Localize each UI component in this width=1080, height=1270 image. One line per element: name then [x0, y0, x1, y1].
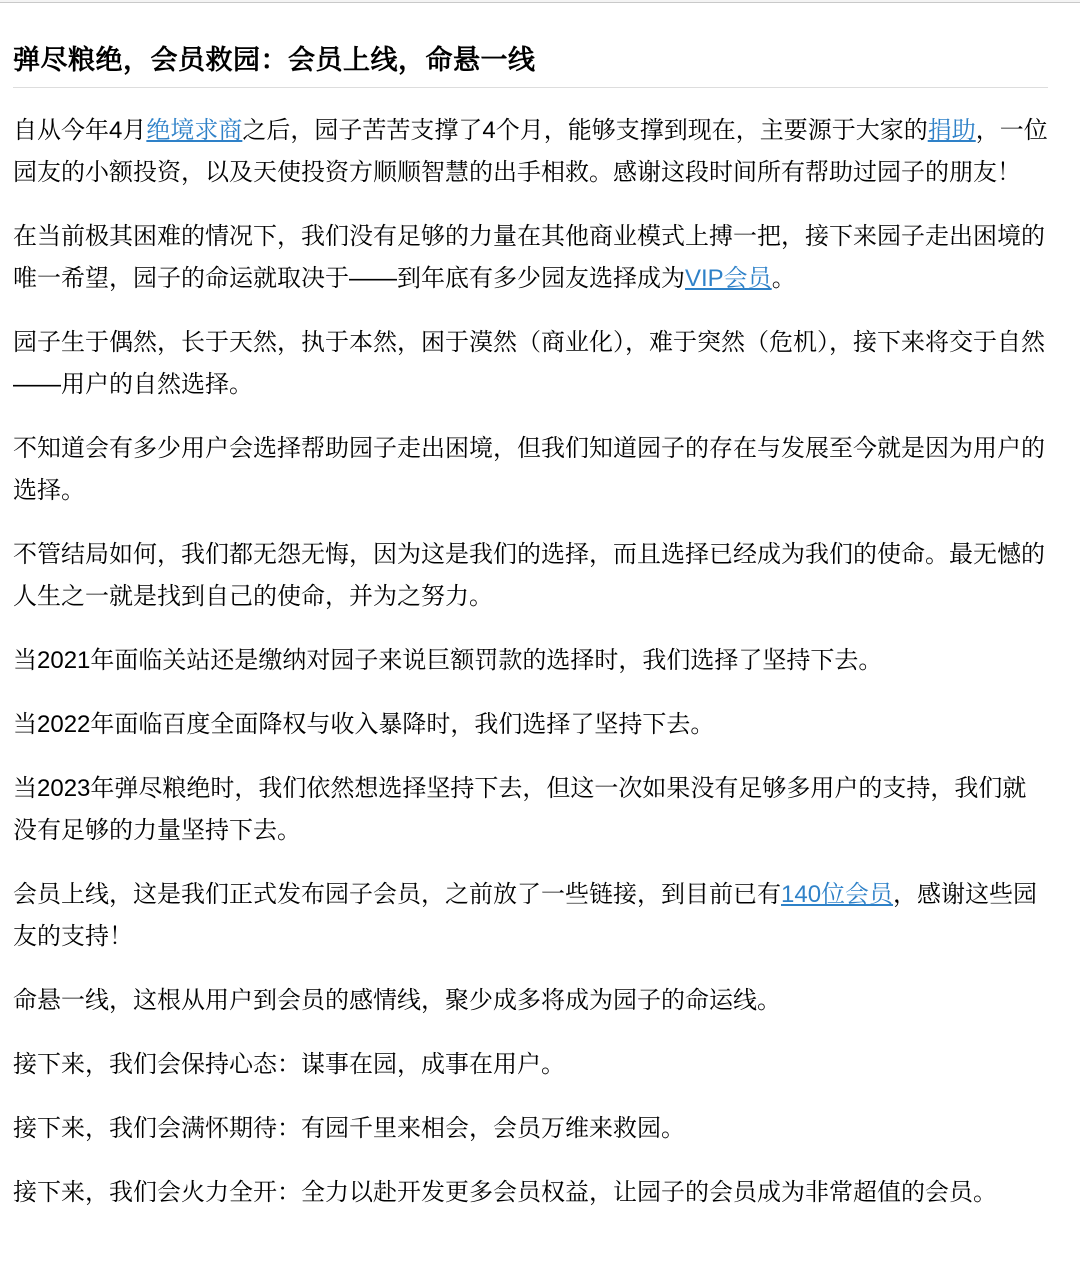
article-container: 弹尽粮绝，会员救园：会员上线，命悬一线 自从今年4月绝境求商之后，园子苦苦支撑了…	[0, 3, 1080, 1262]
paragraph: 自从今年4月绝境求商之后，园子苦苦支撑了4个月，能够支撑到现在，主要源于大家的捐…	[13, 110, 1048, 194]
text-run: 当2021年面临关站还是缴纳对园子来说巨额罚款的选择时，我们选择了坚持下去。	[13, 647, 882, 674]
text-run: 会员上线，这是我们正式发布园子会员，之前放了一些链接，到目前已有	[13, 881, 781, 908]
paragraph: 在当前极其困难的情况下，我们没有足够的力量在其他商业模式上搏一把，接下来园子走出…	[13, 216, 1048, 300]
text-run: 当2022年面临百度全面降权与收入暴降时，我们选择了坚持下去。	[13, 711, 714, 738]
paragraph: 命悬一线，这根从用户到会员的感情线，聚少成多将成为园子的命运线。	[13, 980, 1048, 1022]
paragraph: 接下来，我们会保持心态：谋事在园，成事在用户。	[13, 1044, 1048, 1086]
text-run: 接下来，我们会满怀期待：有园千里来相会，会员万维来救园。	[13, 1115, 685, 1142]
inline-link[interactable]: 140位会员	[781, 881, 893, 908]
text-run: 自从今年4月	[13, 117, 146, 144]
inline-link[interactable]: 绝境求商	[146, 117, 242, 144]
inline-link[interactable]: 捐助	[928, 117, 976, 144]
paragraph: 当2021年面临关站还是缴纳对园子来说巨额罚款的选择时，我们选择了坚持下去。	[13, 640, 1048, 682]
paragraph: 接下来，我们会满怀期待：有园千里来相会，会员万维来救园。	[13, 1108, 1048, 1150]
article-body: 自从今年4月绝境求商之后，园子苦苦支撑了4个月，能够支撑到现在，主要源于大家的捐…	[13, 110, 1048, 1214]
text-run: 之后，园子苦苦支撑了4个月，能够支撑到现在，主要源于大家的	[242, 117, 927, 144]
text-run: 在当前极其困难的情况下，我们没有足够的力量在其他商业模式上搏一把，接下来园子走出…	[13, 223, 1045, 292]
text-run: 接下来，我们会火力全开：全力以赴开发更多会员权益，让园子的会员成为非常超值的会员…	[13, 1179, 997, 1206]
paragraph: 园子生于偶然，长于天然，执于本然，困于漠然（商业化），难于突然（危机），接下来将…	[13, 322, 1048, 406]
paragraph: 接下来，我们会火力全开：全力以赴开发更多会员权益，让园子的会员成为非常超值的会员…	[13, 1172, 1048, 1214]
text-run: 接下来，我们会保持心态：谋事在园，成事在用户。	[13, 1051, 565, 1078]
paragraph: 当2023年弹尽粮绝时，我们依然想选择坚持下去，但这一次如果没有足够多用户的支持…	[13, 768, 1048, 852]
text-run: 不管结局如何，我们都无怨无悔，因为这是我们的选择，而且选择已经成为我们的使命。最…	[13, 541, 1045, 610]
text-run: 园子生于偶然，长于天然，执于本然，困于漠然（商业化），难于突然（危机），接下来将…	[13, 329, 1045, 398]
paragraph: 会员上线，这是我们正式发布园子会员，之前放了一些链接，到目前已有140位会员，感…	[13, 874, 1048, 958]
text-run: 命悬一线，这根从用户到会员的感情线，聚少成多将成为园子的命运线。	[13, 987, 781, 1014]
page-title: 弹尽粮绝，会员救园：会员上线，命悬一线	[13, 3, 1048, 88]
text-run: 不知道会有多少用户会选择帮助园子走出困境，但我们知道园子的存在与发展至今就是因为…	[13, 435, 1045, 504]
paragraph: 不知道会有多少用户会选择帮助园子走出困境，但我们知道园子的存在与发展至今就是因为…	[13, 428, 1048, 512]
paragraph: 不管结局如何，我们都无怨无悔，因为这是我们的选择，而且选择已经成为我们的使命。最…	[13, 534, 1048, 618]
text-run: 。	[772, 265, 796, 292]
paragraph: 当2022年面临百度全面降权与收入暴降时，我们选择了坚持下去。	[13, 704, 1048, 746]
text-run: 当2023年弹尽粮绝时，我们依然想选择坚持下去，但这一次如果没有足够多用户的支持…	[13, 775, 1026, 844]
inline-link[interactable]: VIP会员	[685, 265, 772, 292]
